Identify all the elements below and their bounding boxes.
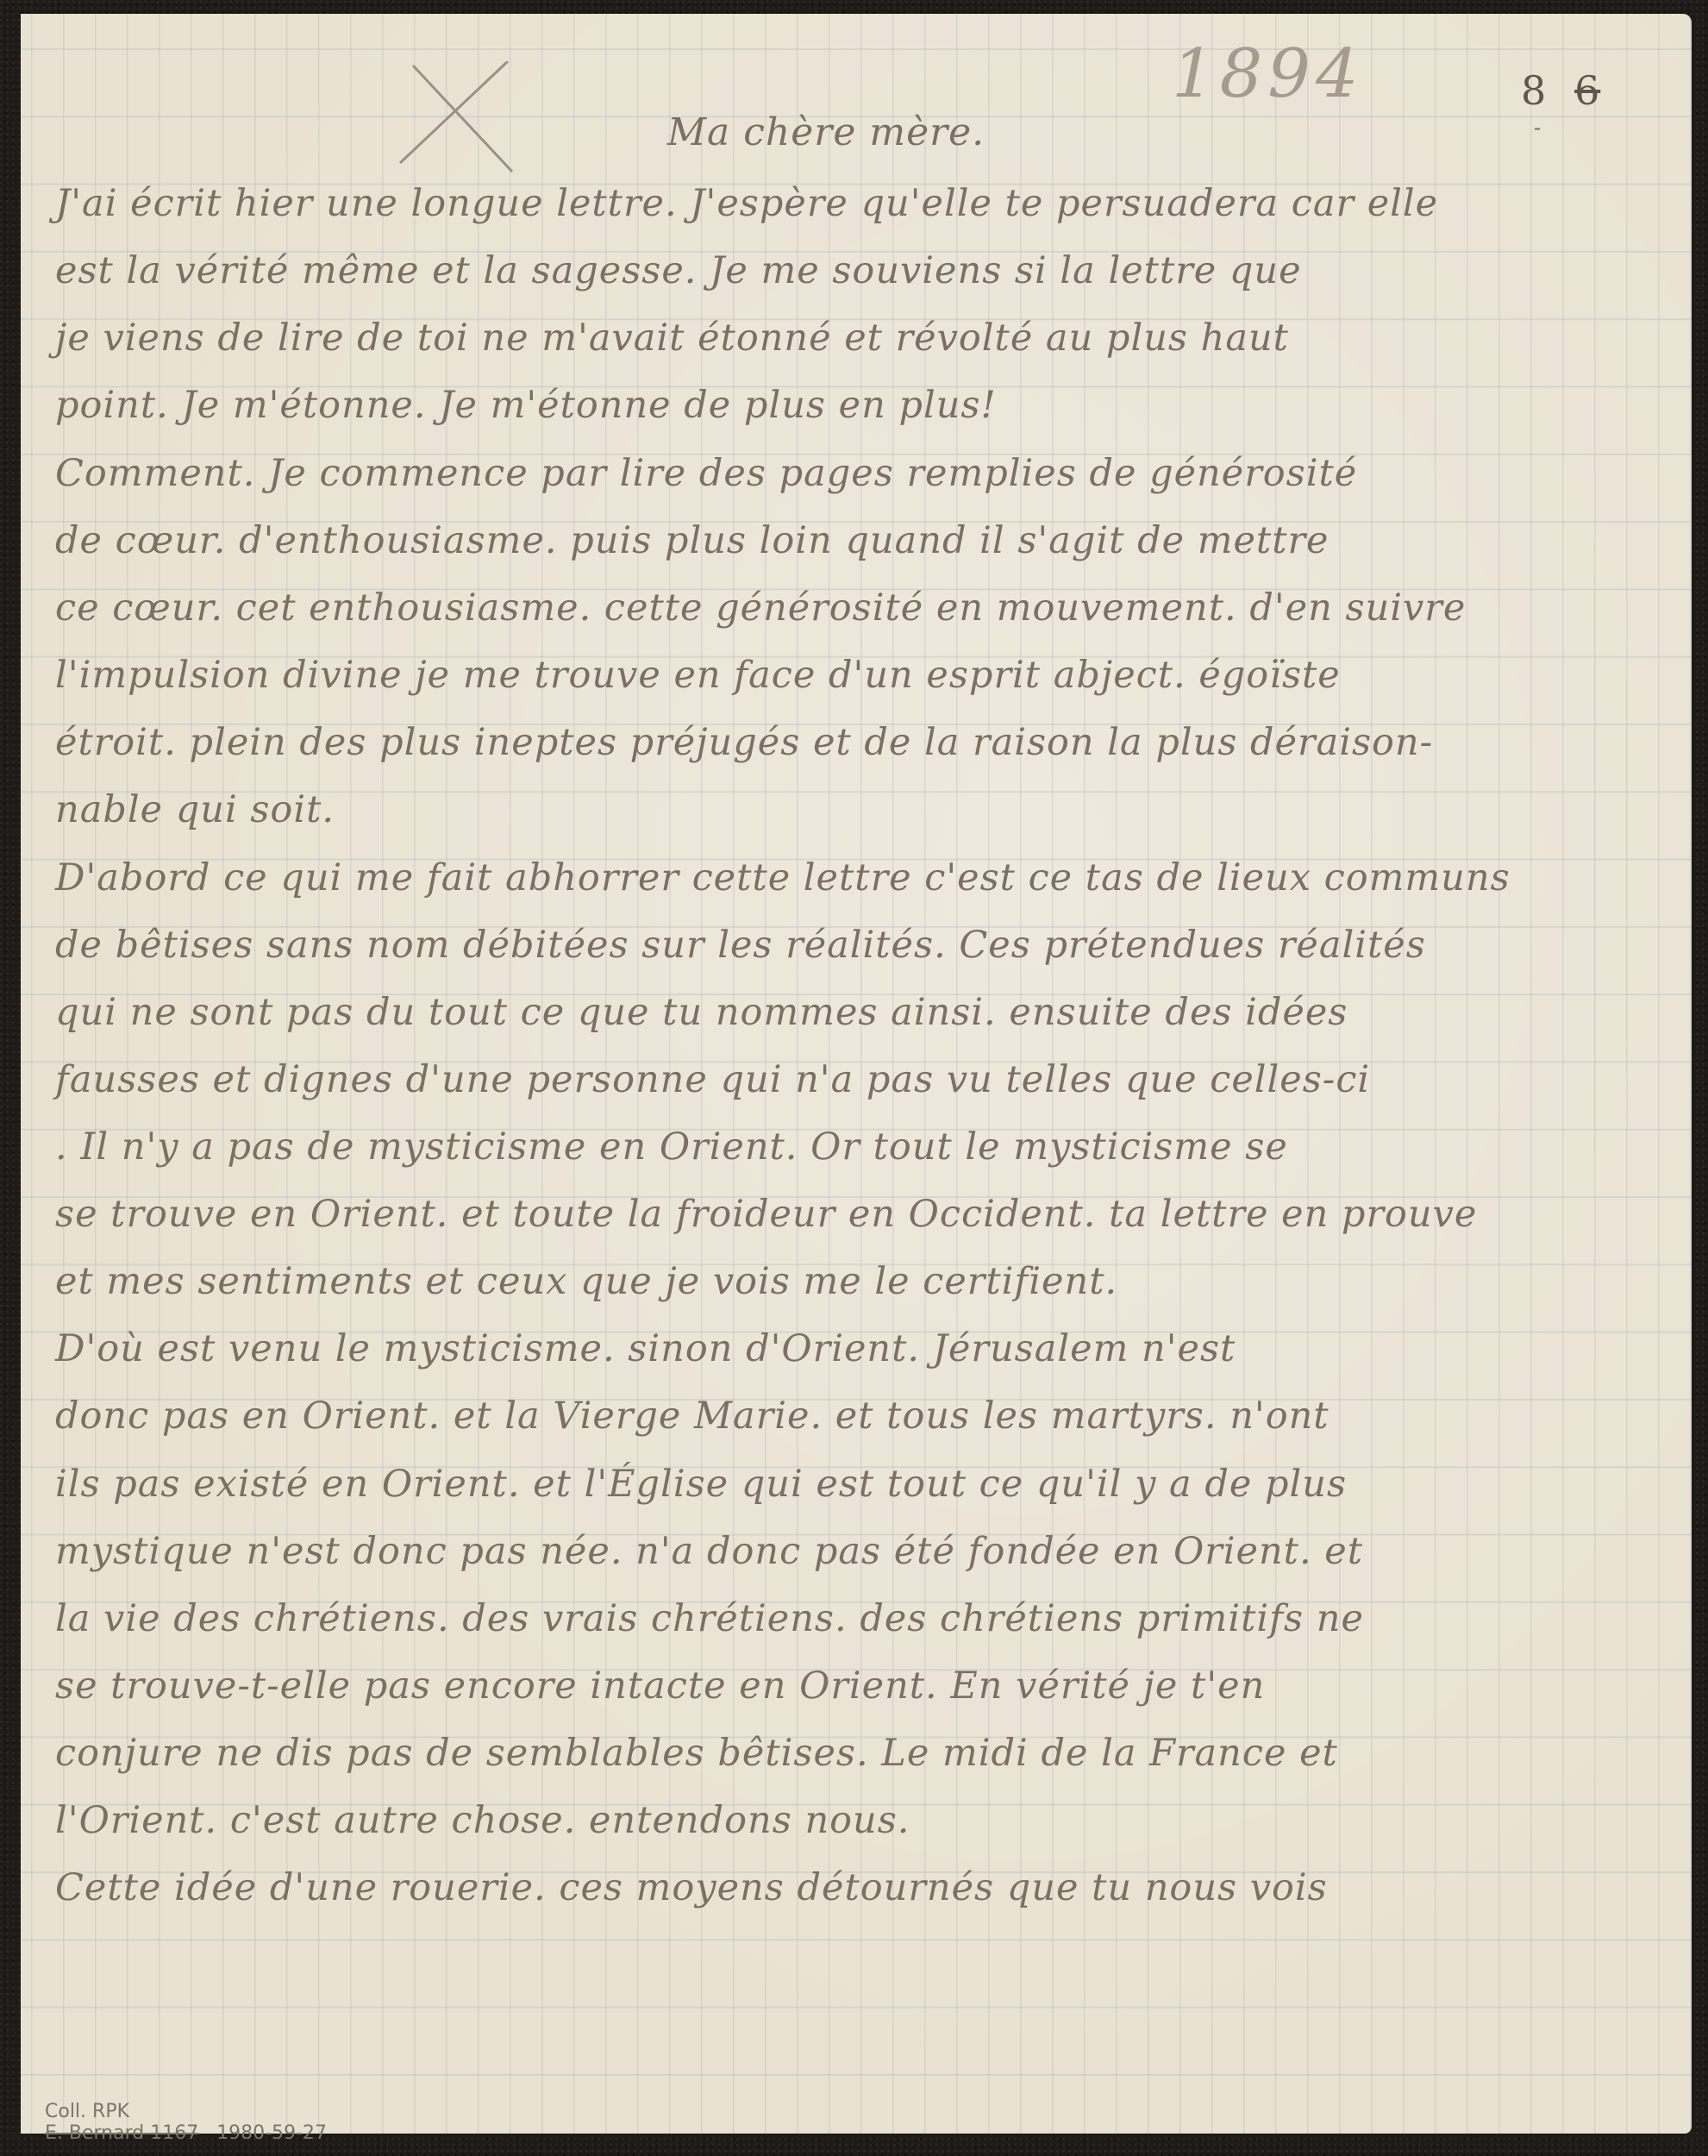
letter-line: conjure ne dis pas de semblables bêtises…: [55, 1732, 1338, 1775]
letter-line: point. Je m'étonne. Je m'étonne de plus …: [55, 384, 997, 427]
letter-line: J'ai écrit hier une longue lettre. J'esp…: [55, 182, 1438, 225]
folio-struck-number: 6: [1574, 67, 1600, 114]
letter-line: ils pas existé en Orient. et l'Église qu…: [55, 1463, 1347, 1506]
letter-line: la vie des chrétiens. des vrais chrétien…: [55, 1597, 1364, 1640]
letter-line: se trouve en Orient. et toute la froideu…: [55, 1193, 1477, 1236]
letter-line: fausses et dignes d'une personne qui n'a…: [55, 1058, 1370, 1101]
folio-dash: -: [1534, 116, 1542, 140]
folio-number: 8: [1521, 67, 1547, 114]
letter-line: étroit. plein des plus ineptes préjugés …: [55, 721, 1433, 764]
letter-line: D'abord ce qui me fait abhorrer cette le…: [55, 856, 1511, 899]
letter-line: qui ne sont pas du tout ce que tu nommes…: [55, 991, 1348, 1034]
letter-line: Cette idée d'une rouerie. ces moyens dét…: [55, 1866, 1328, 1909]
letter-page: Ma chère mère. 1894 8 6 - J'ai écrit hie…: [21, 14, 1692, 2134]
letter-line: mystique n'est donc pas née. n'a donc pa…: [55, 1530, 1363, 1573]
letter-line: ce cœur. cet enthousiasme. cette généros…: [55, 586, 1466, 630]
letter-line: nable qui soit.: [55, 788, 335, 831]
accession-number: 1980-59-27: [216, 2122, 327, 2144]
letter-line: Comment. Je commence par lire des pages …: [55, 452, 1357, 495]
letter-line: se trouve-t-elle pas encore intacte en O…: [55, 1664, 1265, 1708]
letter-line: l'Orient. c'est autre chose. entendons n…: [55, 1799, 910, 1842]
collection-note: Coll. RPK: [45, 2101, 129, 2122]
salutation: Ma chère mère.: [667, 110, 985, 154]
cross-mark-icon: [383, 61, 529, 173]
letter-line: je viens de lire de toi ne m'avait étonn…: [55, 317, 1289, 360]
letter-line: . Il n'y a pas de mysticisme en Orient. …: [55, 1125, 1288, 1169]
letter-line: et mes sentiments et ceux que je vois me…: [55, 1260, 1117, 1303]
letter-line: l'impulsion divine je me trouve en face …: [55, 654, 1341, 697]
struck-inventory-number: E. Bernard 1167: [45, 2122, 198, 2144]
letter-line: est la vérité même et la sagesse. Je me …: [55, 249, 1302, 292]
letter-line: de cœur. d'enthousiasme. puis plus loin …: [55, 519, 1329, 562]
letter-line: de bêtises sans nom débitées sur les réa…: [55, 924, 1426, 967]
accession-note: E. Bernard 1167 1980-59-27: [45, 2122, 327, 2144]
year-annotation: 1894: [1172, 35, 1364, 113]
letter-line: donc pas en Orient. et la Vierge Marie. …: [55, 1395, 1329, 1438]
letter-line: D'où est venu le mysticisme. sinon d'Ori…: [55, 1327, 1236, 1370]
